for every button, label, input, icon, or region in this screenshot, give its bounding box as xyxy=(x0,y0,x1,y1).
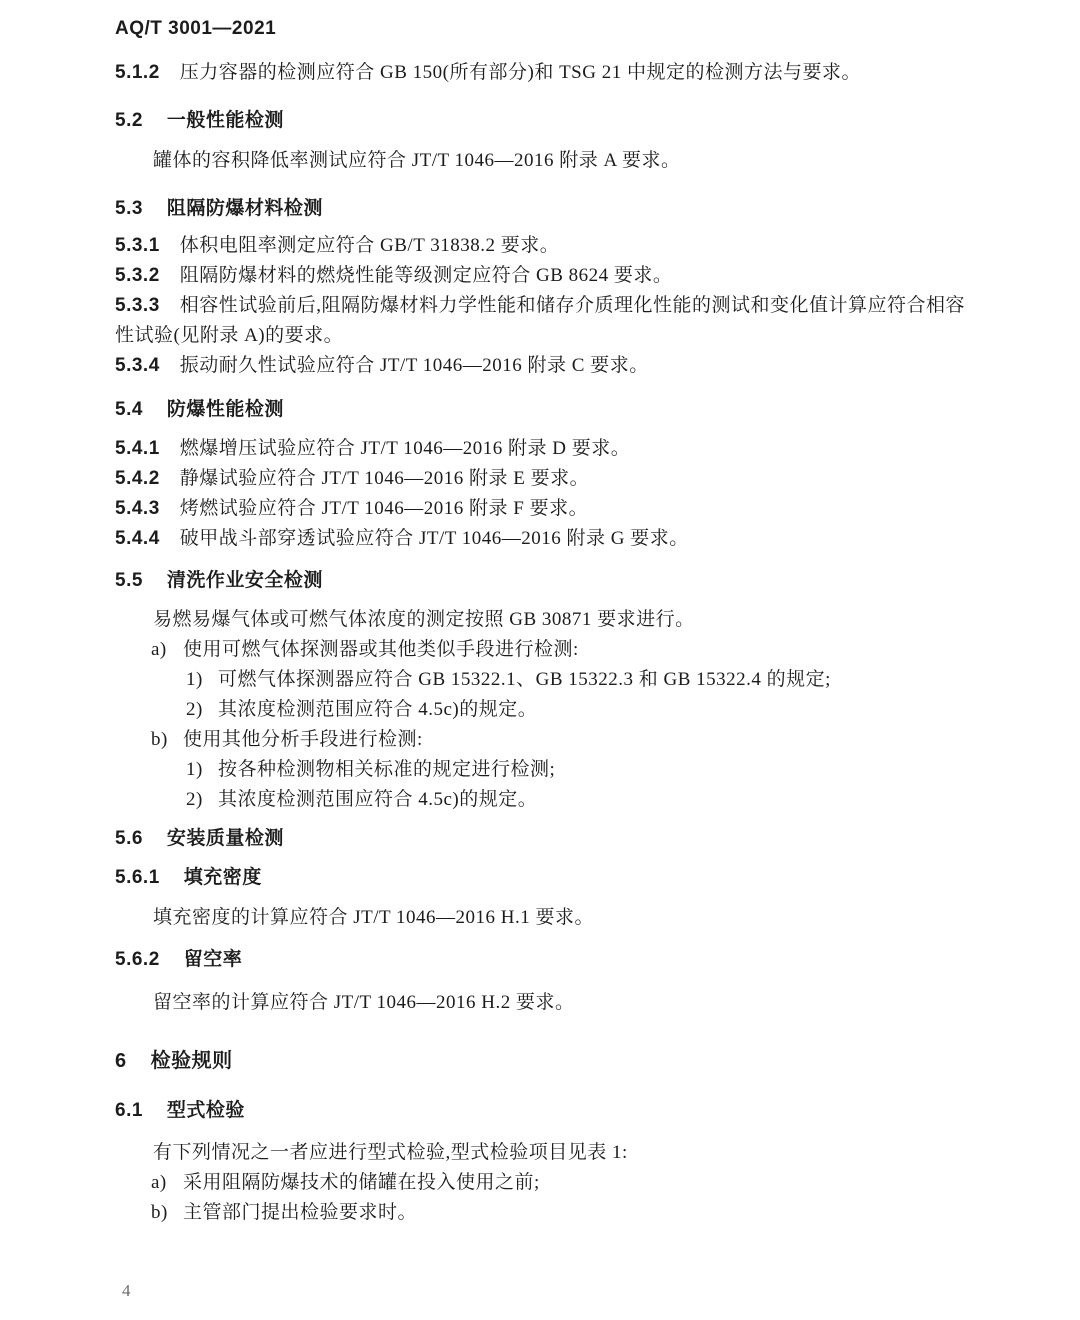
page-content: AQ/T 3001—2021 5.1.2压力容器的检测应符合 GB 150(所有… xyxy=(0,0,1080,1228)
clause-text: 燃爆增压试验应符合 JT/T 1046—2016 附录 D 要求。 xyxy=(180,438,631,459)
list-marker: 2) xyxy=(186,695,218,725)
heading-number: 5.6.2 xyxy=(115,949,160,970)
list-text: 采用阻隔防爆技术的储罐在投入使用之前; xyxy=(183,1172,540,1193)
sub-list-item-2: 2)其浓度检测范围应符合 4.5c)的规定。 xyxy=(115,695,970,725)
paragraph: 填充密度的计算应符合 JT/T 1046—2016 H.1 要求。 xyxy=(115,903,970,933)
heading-text: 检验规则 xyxy=(151,1050,233,1072)
section-heading-5-4: 5.4防爆性能检测 xyxy=(115,395,970,425)
section-heading-5-6: 5.6安装质量检测 xyxy=(115,824,970,854)
section-heading-6-1: 6.1型式检验 xyxy=(115,1096,970,1126)
list-marker: 1) xyxy=(186,665,218,695)
list-marker: a) xyxy=(151,1168,183,1198)
heading-number: 5.4 xyxy=(115,399,143,420)
heading-number: 6.1 xyxy=(115,1100,143,1121)
clause-text: 破甲战斗部穿透试验应符合 JT/T 1046—2016 附录 G 要求。 xyxy=(180,528,689,549)
clause-text: 烤燃试验应符合 JT/T 1046—2016 附录 F 要求。 xyxy=(180,498,588,519)
list-text: 主管部门提出检验要求时。 xyxy=(183,1202,417,1223)
clause-5-4-2: 5.4.2静爆试验应符合 JT/T 1046—2016 附录 E 要求。 xyxy=(115,464,970,494)
document-page: AQ/T 3001—2021 5.1.2压力容器的检测应符合 GB 150(所有… xyxy=(0,0,1080,1320)
clause-5-4-4: 5.4.4破甲战斗部穿透试验应符合 JT/T 1046—2016 附录 G 要求… xyxy=(115,524,970,554)
heading-number: 5.6.1 xyxy=(115,867,160,888)
list-item-a: a)使用可燃气体探测器或其他类似手段进行检测: xyxy=(115,635,970,665)
paragraph: 留空率的计算应符合 JT/T 1046—2016 H.2 要求。 xyxy=(115,988,970,1018)
clause-text: 压力容器的检测应符合 GB 150(所有部分)和 TSG 21 中规定的检测方法… xyxy=(180,62,861,83)
clause-number: 5.4.4 xyxy=(115,528,160,549)
clause-5-4-3: 5.4.3烤燃试验应符合 JT/T 1046—2016 附录 F 要求。 xyxy=(115,494,970,524)
list-text: 其浓度检测范围应符合 4.5c)的规定。 xyxy=(218,699,537,720)
paragraph: 有下列情况之一者应进行型式检验,型式检验项目见表 1: xyxy=(115,1138,970,1168)
list-marker: a) xyxy=(151,635,183,665)
list-marker: b) xyxy=(151,1198,183,1228)
section-heading-5-5: 5.5清洗作业安全检测 xyxy=(115,566,970,596)
clause-text: 相容性试验前后,阻隔防爆材料力学性能和储存介质理化性能的测试和变化值计算应符合相… xyxy=(115,295,965,346)
heading-text: 安装质量检测 xyxy=(167,828,284,849)
section-heading-5-6-1: 5.6.1填充密度 xyxy=(115,863,970,893)
heading-text: 型式检验 xyxy=(167,1100,245,1121)
heading-number: 6 xyxy=(115,1050,127,1072)
clause-text: 振动耐久性试验应符合 JT/T 1046—2016 附录 C 要求。 xyxy=(180,355,649,376)
clause-5-3-4: 5.3.4振动耐久性试验应符合 JT/T 1046—2016 附录 C 要求。 xyxy=(115,351,970,381)
clause-number: 5.4.3 xyxy=(115,498,160,519)
heading-number: 5.6 xyxy=(115,828,143,849)
clause-text: 体积电阻率测定应符合 GB/T 31838.2 要求。 xyxy=(180,235,559,256)
clause-number: 5.1.2 xyxy=(115,62,160,83)
list-text: 可燃气体探测器应符合 GB 15322.1、GB 15322.3 和 GB 15… xyxy=(218,669,831,690)
sub-list-item-1: 1)按各种检测物相关标准的规定进行检测; xyxy=(115,755,970,785)
clause-5-3-2: 5.3.2阻隔防爆材料的燃烧性能等级测定应符合 GB 8624 要求。 xyxy=(115,261,970,291)
heading-text: 阻隔防爆材料检测 xyxy=(167,198,323,219)
list-item-b: b)主管部门提出检验要求时。 xyxy=(115,1198,970,1228)
list-item-b: b)使用其他分析手段进行检测: xyxy=(115,725,970,755)
heading-text: 防爆性能检测 xyxy=(167,399,284,420)
heading-text: 填充密度 xyxy=(184,867,262,888)
list-marker: b) xyxy=(151,725,183,755)
clause-5-1-2: 5.1.2压力容器的检测应符合 GB 150(所有部分)和 TSG 21 中规定… xyxy=(115,58,970,88)
paragraph: 易燃易爆气体或可燃气体浓度的测定按照 GB 30871 要求进行。 xyxy=(115,605,970,635)
list-text: 按各种检测物相关标准的规定进行检测; xyxy=(218,759,555,780)
clause-number: 5.4.2 xyxy=(115,468,160,489)
sub-list-item-1: 1)可燃气体探测器应符合 GB 15322.1、GB 15322.3 和 GB … xyxy=(115,665,970,695)
clause-text: 阻隔防爆材料的燃烧性能等级测定应符合 GB 8624 要求。 xyxy=(180,265,673,286)
clause-text: 静爆试验应符合 JT/T 1046—2016 附录 E 要求。 xyxy=(180,468,589,489)
heading-text: 一般性能检测 xyxy=(167,110,284,131)
list-marker: 1) xyxy=(186,755,218,785)
clause-5-3-3: 5.3.3相容性试验前后,阻隔防爆材料力学性能和储存介质理化性能的测试和变化值计… xyxy=(115,291,970,351)
clause-number: 5.3.2 xyxy=(115,265,160,286)
running-header-doc-number: AQ/T 3001—2021 xyxy=(115,14,970,44)
chapter-heading-6: 6检验规则 xyxy=(115,1046,970,1076)
heading-number: 5.2 xyxy=(115,110,143,131)
clause-number: 5.3.4 xyxy=(115,355,160,376)
paragraph: 罐体的容积降低率测试应符合 JT/T 1046—2016 附录 A 要求。 xyxy=(115,146,970,176)
heading-text: 留空率 xyxy=(184,949,243,970)
clause-5-4-1: 5.4.1燃爆增压试验应符合 JT/T 1046—2016 附录 D 要求。 xyxy=(115,434,970,464)
section-heading-5-3: 5.3阻隔防爆材料检测 xyxy=(115,194,970,224)
section-heading-5-2: 5.2一般性能检测 xyxy=(115,106,970,136)
list-item-a: a)采用阻隔防爆技术的储罐在投入使用之前; xyxy=(115,1168,970,1198)
page-number: 4 xyxy=(122,1281,131,1301)
heading-text: 清洗作业安全检测 xyxy=(167,570,323,591)
clause-number: 5.3.3 xyxy=(115,295,160,316)
heading-number: 5.5 xyxy=(115,570,143,591)
clause-5-3-1: 5.3.1体积电阻率测定应符合 GB/T 31838.2 要求。 xyxy=(115,231,970,261)
list-text: 使用其他分析手段进行检测: xyxy=(183,729,423,750)
list-text: 使用可燃气体探测器或其他类似手段进行检测: xyxy=(183,639,579,660)
clause-number: 5.3.1 xyxy=(115,235,160,256)
list-text: 其浓度检测范围应符合 4.5c)的规定。 xyxy=(218,789,537,810)
heading-number: 5.3 xyxy=(115,198,143,219)
sub-list-item-2: 2)其浓度检测范围应符合 4.5c)的规定。 xyxy=(115,785,970,815)
list-marker: 2) xyxy=(186,785,218,815)
section-heading-5-6-2: 5.6.2留空率 xyxy=(115,945,970,975)
clause-number: 5.4.1 xyxy=(115,438,160,459)
